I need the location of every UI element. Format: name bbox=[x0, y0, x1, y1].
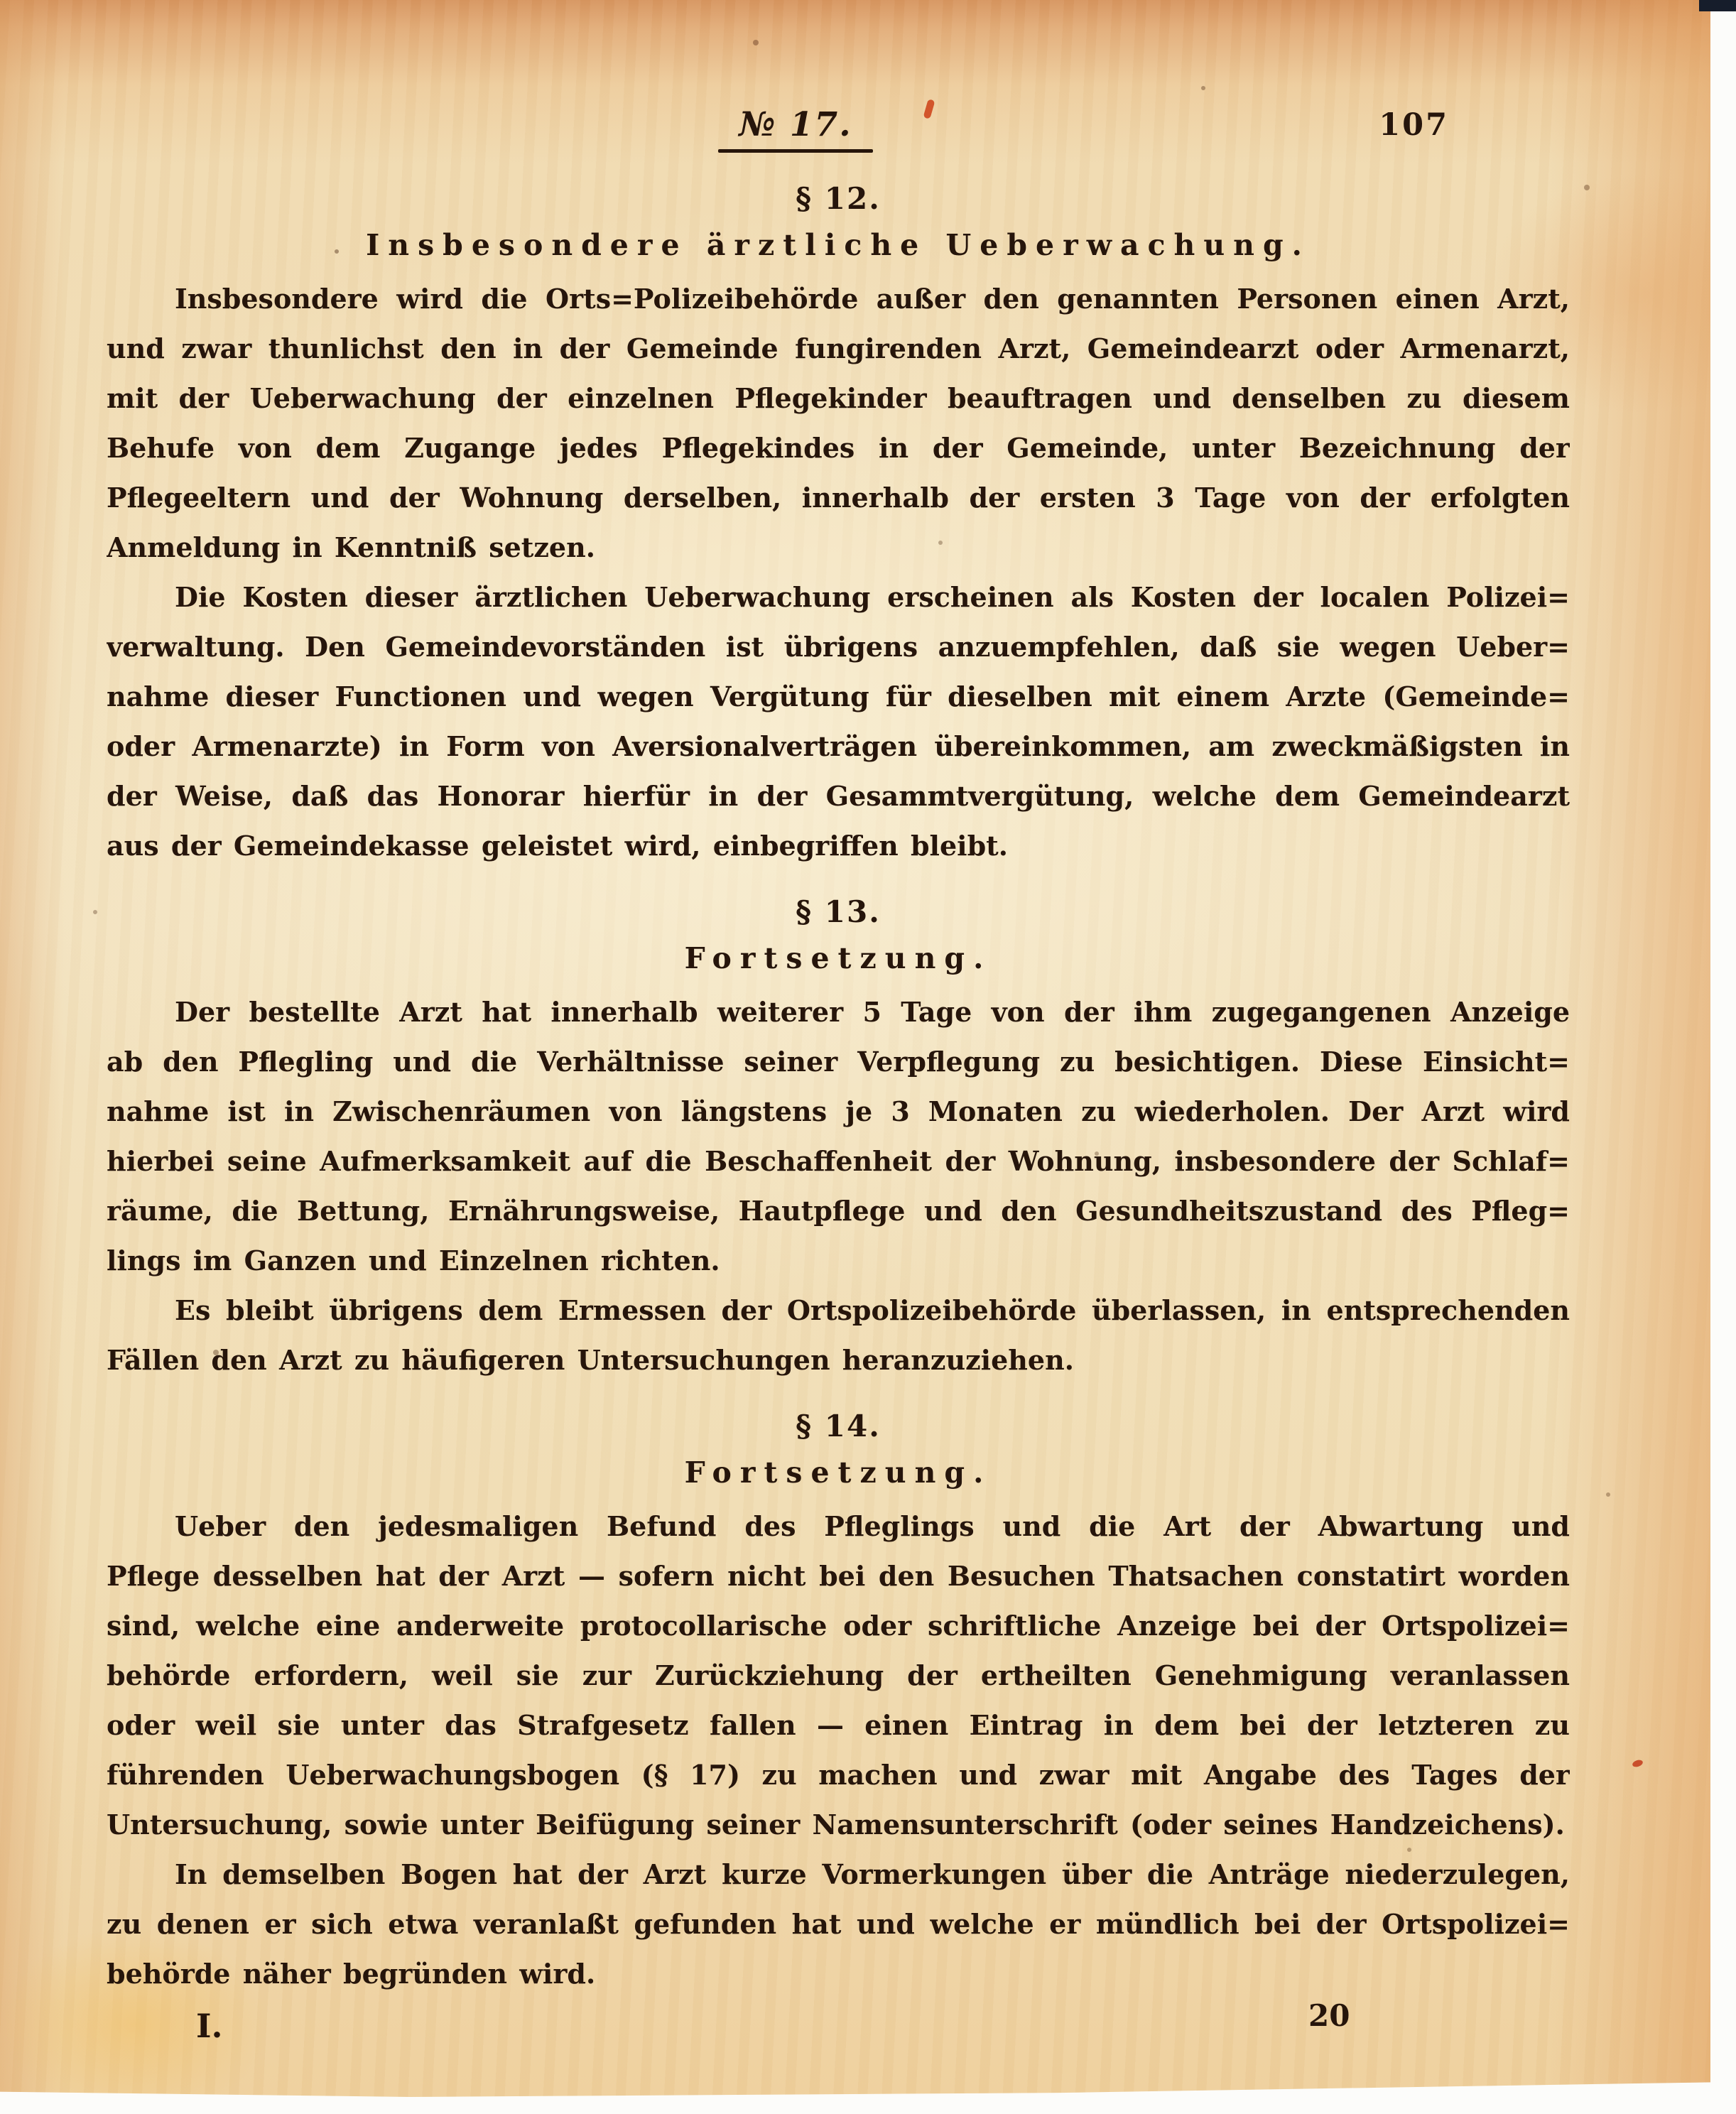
section-number: § 13. bbox=[107, 891, 1570, 933]
text-line: ab den Pflegling und die Verhältnisse se… bbox=[107, 1037, 1570, 1087]
section-title: Insbesondere ärztliche Ueberwachung. bbox=[107, 223, 1570, 267]
page-number: 107 bbox=[1379, 105, 1449, 145]
text-line: Es bleibt übrigens dem Ermessen der Orts… bbox=[107, 1286, 1570, 1335]
text-line: oder Armenarzte) in Form von Aversionalv… bbox=[107, 722, 1570, 771]
page-content: № 17. 107 § 12. Insbesondere ärztliche U… bbox=[0, 0, 1710, 2050]
section-number: § 14. bbox=[107, 1405, 1570, 1448]
text-line: Der bestellte Arzt hat innerhalb weitere… bbox=[107, 987, 1570, 1037]
text-line: mit der Ueberwachung der einzelnen Pfleg… bbox=[107, 374, 1570, 423]
signature-mark: I. bbox=[196, 2005, 223, 2047]
text-line: In demselben Bogen hat der Arzt kurze Vo… bbox=[107, 1850, 1570, 1899]
text-line: Untersuchung, sowie unter Beifügung sein… bbox=[107, 1800, 1570, 1850]
text-line: nahme dieser Functionen und wegen Vergüt… bbox=[107, 672, 1570, 722]
paragraph: Es bleibt übrigens dem Ermessen der Orts… bbox=[107, 1286, 1570, 1385]
text-line: Ueber den jedesmaligen Befund des Pflegl… bbox=[107, 1502, 1570, 1551]
issue-number: № 17. bbox=[703, 105, 888, 153]
text-line: behörde erfordern, weil sie zur Zurückzi… bbox=[107, 1651, 1570, 1701]
scanner-background: № 17. 107 § 12. Insbesondere ärztliche U… bbox=[0, 0, 1736, 2114]
sheet-number: 20 bbox=[1308, 1996, 1350, 2036]
scan-edge-artifact bbox=[1699, 0, 1736, 11]
section-body: Der bestellte Arzt hat innerhalb weitere… bbox=[107, 987, 1570, 1385]
section-number: § 12. bbox=[107, 178, 1570, 220]
paragraph: In demselben Bogen hat der Arzt kurze Vo… bbox=[107, 1850, 1570, 1999]
issue-underline bbox=[718, 149, 873, 153]
paragraph: Der bestellte Arzt hat innerhalb weitere… bbox=[107, 987, 1570, 1286]
paragraph: Ueber den jedesmaligen Befund des Pflegl… bbox=[107, 1502, 1570, 1850]
text-line: der Weise, daß das Honorar hierfür in de… bbox=[107, 771, 1570, 821]
text-line: hierbei seine Aufmerksamkeit auf die Bes… bbox=[107, 1137, 1570, 1186]
section-13: § 13. Fortsetzung. Der bestellte Arzt ha… bbox=[107, 891, 1570, 1385]
section-title: Fortsetzung. bbox=[107, 1451, 1570, 1495]
paragraph: Insbesondere wird die Orts=Polizeibehörd… bbox=[107, 274, 1570, 573]
text-line: sind, welche eine anderweite protocollar… bbox=[107, 1601, 1570, 1651]
text-line: Behufe von dem Zugange jedes Pflegekinde… bbox=[107, 423, 1570, 473]
section-title: Fortsetzung. bbox=[107, 936, 1570, 980]
text-line: Insbesondere wird die Orts=Polizeibehörd… bbox=[107, 274, 1570, 324]
text-line: nahme ist in Zwischenräumen von längsten… bbox=[107, 1087, 1570, 1137]
page-header: № 17. 107 bbox=[107, 105, 1570, 158]
text-line: Pflege desselben hat der Arzt — sofern n… bbox=[107, 1551, 1570, 1601]
text-line: führenden Ueberwachungsbogen (§ 17) zu m… bbox=[107, 1750, 1570, 1800]
text-line: aus der Gemeindekasse geleistet wird, ei… bbox=[107, 821, 1570, 871]
text-line: zu denen er sich etwa veranlaßt gefunden… bbox=[107, 1899, 1570, 1949]
text-line: oder weil sie unter das Strafgesetz fall… bbox=[107, 1701, 1570, 1750]
issue-number-label: № 17. bbox=[739, 105, 852, 144]
text-line: Fällen den Arzt zu häufigeren Untersuchu… bbox=[107, 1335, 1570, 1385]
page-footer: I. 20 bbox=[107, 2005, 1570, 2050]
section-14: § 14. Fortsetzung. Ueber den jedesmalige… bbox=[107, 1405, 1570, 1999]
paragraph: Die Kosten dieser ärztlichen Ueberwachun… bbox=[107, 573, 1570, 871]
text-line: räume, die Bettung, Ernährungsweise, Hau… bbox=[107, 1186, 1570, 1236]
text-line: Anmeldung in Kenntniß setzen. bbox=[107, 523, 1570, 573]
text-line: Pflegeeltern und der Wohnung derselben, … bbox=[107, 473, 1570, 523]
section-12: § 12. Insbesondere ärztliche Ueberwachun… bbox=[107, 178, 1570, 871]
text-line: behörde näher begründen wird. bbox=[107, 1949, 1570, 1999]
text-line: Die Kosten dieser ärztlichen Ueberwachun… bbox=[107, 573, 1570, 622]
text-line: und zwar thunlichst den in der Gemeinde … bbox=[107, 324, 1570, 374]
text-line: lings im Ganzen und Einzelnen richten. bbox=[107, 1236, 1570, 1286]
text-line: verwaltung. Den Gemeindevorständen ist ü… bbox=[107, 622, 1570, 672]
section-body: Ueber den jedesmaligen Befund des Pflegl… bbox=[107, 1502, 1570, 1999]
section-body: Insbesondere wird die Orts=Polizeibehörd… bbox=[107, 274, 1570, 871]
document-page: № 17. 107 § 12. Insbesondere ärztliche U… bbox=[0, 0, 1710, 2097]
